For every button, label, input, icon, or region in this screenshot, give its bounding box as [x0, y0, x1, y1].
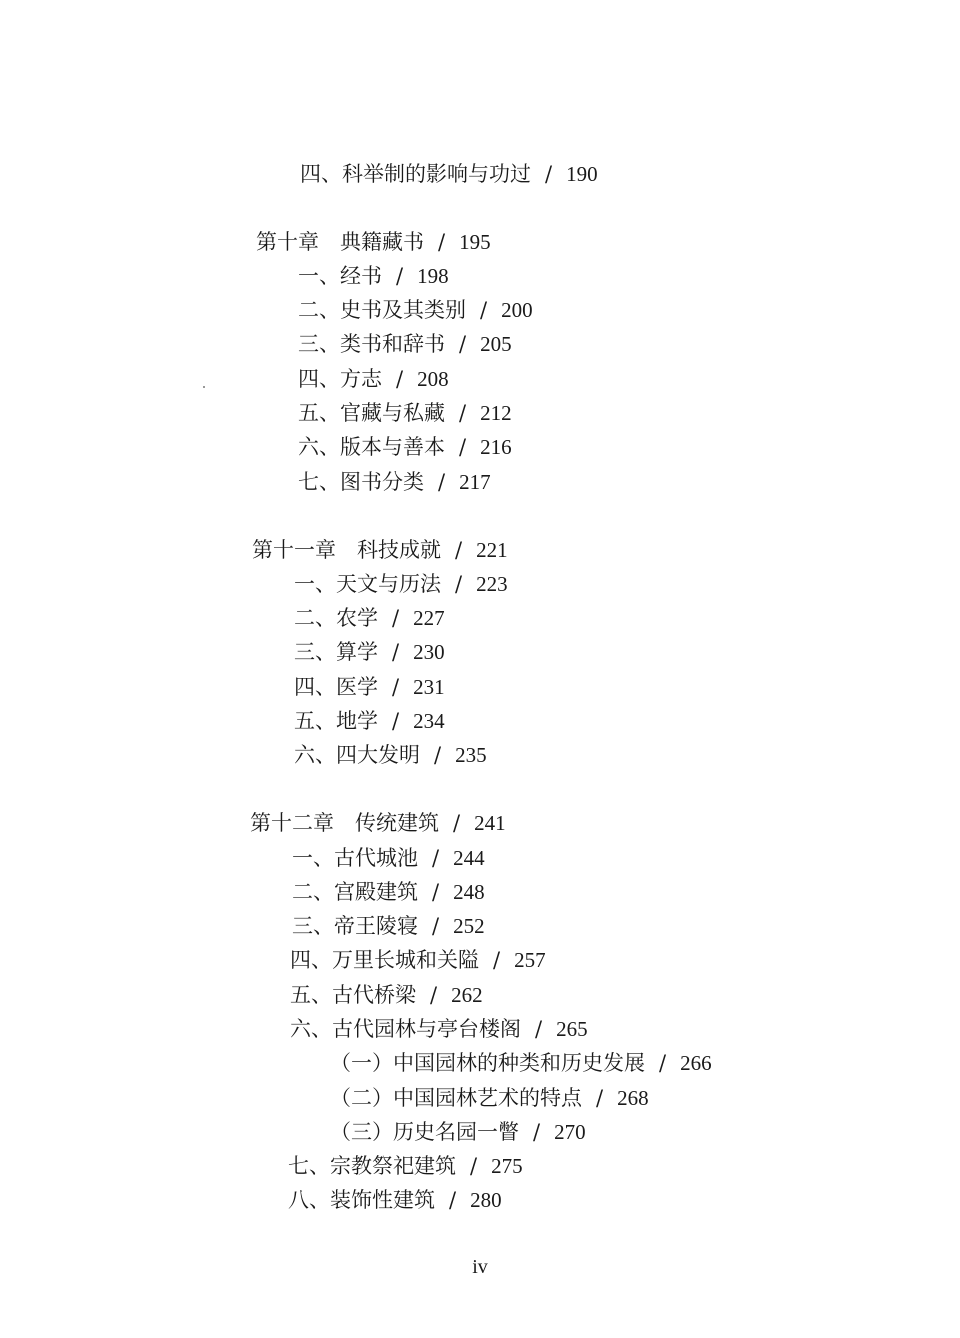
- toc-entry: 七、图书分类/217: [298, 472, 491, 493]
- toc-entry-title: 六、版本与善本: [298, 435, 445, 459]
- toc-entry: 三、算学/230: [294, 642, 445, 663]
- toc-separator: /: [432, 916, 439, 937]
- scan-speck: [203, 386, 205, 388]
- toc-separator: /: [470, 1156, 477, 1177]
- toc-page-number: 205: [480, 332, 512, 356]
- toc-entry-title: 六、古代园林与亭台楼阁: [290, 1017, 521, 1041]
- toc-entry-title: 第十一章 科技成就: [252, 538, 441, 562]
- toc-entry-title: 三、帝王陵寝: [292, 914, 418, 938]
- toc-entry: 五、官藏与私藏/212: [298, 403, 512, 424]
- toc-page-number: 231: [413, 675, 445, 699]
- toc-separator: /: [545, 164, 552, 185]
- page-number: iv: [0, 1256, 960, 1279]
- toc-separator: /: [659, 1053, 666, 1074]
- toc-entry: 六、古代园林与亭台楼阁/265: [290, 1019, 588, 1040]
- toc-entry-title: 一、古代城池: [292, 846, 418, 870]
- toc-page-number: 200: [501, 298, 533, 322]
- toc-page-number: 223: [476, 572, 508, 596]
- toc-separator: /: [392, 608, 399, 629]
- toc-separator: /: [596, 1088, 603, 1109]
- toc-entry-title: 五、官藏与私藏: [298, 401, 445, 425]
- toc-separator: /: [392, 677, 399, 698]
- toc-entry-title: （三）历史名园一瞥: [330, 1120, 519, 1144]
- toc-separator: /: [535, 1019, 542, 1040]
- toc-entry: 四、方志/208: [298, 369, 449, 390]
- toc-separator: /: [432, 848, 439, 869]
- toc-page-number: 216: [480, 435, 512, 459]
- toc-entry: 一、古代城池/244: [292, 848, 485, 869]
- toc-page-number: 265: [556, 1017, 588, 1041]
- toc-separator: /: [392, 711, 399, 732]
- toc-entry-title: 三、算学: [294, 640, 378, 664]
- toc-entry: 二、宫殿建筑/248: [292, 882, 485, 903]
- toc-page-number: 212: [480, 401, 512, 425]
- toc-entry: 三、类书和辞书/205: [298, 334, 512, 355]
- toc-page-number: 208: [417, 367, 449, 391]
- toc-page-number: 275: [491, 1154, 523, 1178]
- toc-entry-title: 四、医学: [294, 675, 378, 699]
- toc-entry: 四、科举制的影响与功过/190: [300, 164, 598, 185]
- toc-page-number: 221: [476, 538, 508, 562]
- toc-page-number: 217: [459, 470, 491, 494]
- toc-entry: 六、四大发明/235: [294, 745, 487, 766]
- toc-page-number: 270: [554, 1120, 586, 1144]
- toc-entry: 二、史书及其类别/200: [298, 300, 533, 321]
- toc-separator: /: [459, 437, 466, 458]
- toc-entry-title: （二）中国园林艺术的特点: [330, 1086, 582, 1110]
- toc-entry-title: 四、科举制的影响与功过: [300, 162, 531, 186]
- toc-entry-title: 第十章 典籍藏书: [256, 230, 424, 254]
- toc-page-number: 268: [617, 1086, 649, 1110]
- toc-page-number: 198: [417, 264, 449, 288]
- toc-entry-title: 六、四大发明: [294, 743, 420, 767]
- toc-entry: 四、万里长城和关隘/257: [290, 950, 546, 971]
- toc-page-number: 230: [413, 640, 445, 664]
- toc-entry-title: 二、宫殿建筑: [292, 880, 418, 904]
- toc-entry: 七、宗教祭祀建筑/275: [288, 1156, 523, 1177]
- toc-separator: /: [453, 813, 460, 834]
- toc-separator: /: [480, 300, 487, 321]
- toc-separator: /: [438, 472, 445, 493]
- toc-separator: /: [493, 950, 500, 971]
- toc-entry-title: 七、图书分类: [298, 470, 424, 494]
- toc-entry: 五、地学/234: [294, 711, 445, 732]
- toc-page-number: 241: [474, 811, 506, 835]
- toc-entry-title: 一、天文与历法: [294, 572, 441, 596]
- toc-entry: 第十二章 传统建筑/241: [250, 813, 506, 834]
- toc-entry-title: 七、宗教祭祀建筑: [288, 1154, 456, 1178]
- toc-separator: /: [430, 985, 437, 1006]
- toc-entry: 六、版本与善本/216: [298, 437, 512, 458]
- toc-page-number: 262: [451, 983, 483, 1007]
- toc-entry-title: 五、古代桥梁: [290, 983, 416, 1007]
- toc-separator: /: [455, 540, 462, 561]
- toc-separator: /: [459, 403, 466, 424]
- toc-separator: /: [455, 574, 462, 595]
- toc-page-number: 257: [514, 948, 546, 972]
- toc-entry-title: 八、装饰性建筑: [288, 1188, 435, 1212]
- toc-page-number: 195: [459, 230, 491, 254]
- toc-entry: 三、帝王陵寝/252: [292, 916, 485, 937]
- toc-entry: 二、农学/227: [294, 608, 445, 629]
- toc-separator: /: [434, 745, 441, 766]
- toc-page-number: 280: [470, 1188, 502, 1212]
- toc-entry-title: 四、万里长城和关隘: [290, 948, 479, 972]
- toc-separator: /: [392, 642, 399, 663]
- toc-separator: /: [396, 369, 403, 390]
- toc-entry-title: 一、经书: [298, 264, 382, 288]
- toc-entry: 一、天文与历法/223: [294, 574, 508, 595]
- toc-separator: /: [449, 1190, 456, 1211]
- toc-entry-title: 五、地学: [294, 709, 378, 733]
- toc-entry-title: 第十二章 传统建筑: [250, 811, 439, 835]
- toc-page-number: 190: [566, 162, 598, 186]
- toc-page-number: 266: [680, 1051, 712, 1075]
- toc-entry: 八、装饰性建筑/280: [288, 1190, 502, 1211]
- toc-entry: （三）历史名园一瞥/270: [330, 1122, 586, 1143]
- toc-separator: /: [396, 266, 403, 287]
- toc-entry: （二）中国园林艺术的特点/268: [330, 1088, 649, 1109]
- toc-entry: （一）中国园林的种类和历史发展/266: [330, 1053, 712, 1074]
- toc-entry: 四、医学/231: [294, 677, 445, 698]
- toc-page-number: 244: [453, 846, 485, 870]
- toc-page-number: 234: [413, 709, 445, 733]
- toc-entry-title: （一）中国园林的种类和历史发展: [330, 1051, 645, 1075]
- toc-separator: /: [533, 1122, 540, 1143]
- toc-page-number: 248: [453, 880, 485, 904]
- toc-entry: 第十一章 科技成就/221: [252, 540, 508, 561]
- toc-entry-title: 二、农学: [294, 606, 378, 630]
- toc-separator: /: [438, 232, 445, 253]
- toc-page-number: 235: [455, 743, 487, 767]
- toc-entry-title: 三、类书和辞书: [298, 332, 445, 356]
- toc-entry: 五、古代桥梁/262: [290, 985, 483, 1006]
- toc-page-number: 252: [453, 914, 485, 938]
- toc-separator: /: [459, 334, 466, 355]
- toc-entry: 第十章 典籍藏书/195: [256, 232, 491, 253]
- toc-entry-title: 二、史书及其类别: [298, 298, 466, 322]
- toc-page-number: 227: [413, 606, 445, 630]
- toc-entry: 一、经书/198: [298, 266, 449, 287]
- toc-entry-title: 四、方志: [298, 367, 382, 391]
- toc-separator: /: [432, 882, 439, 903]
